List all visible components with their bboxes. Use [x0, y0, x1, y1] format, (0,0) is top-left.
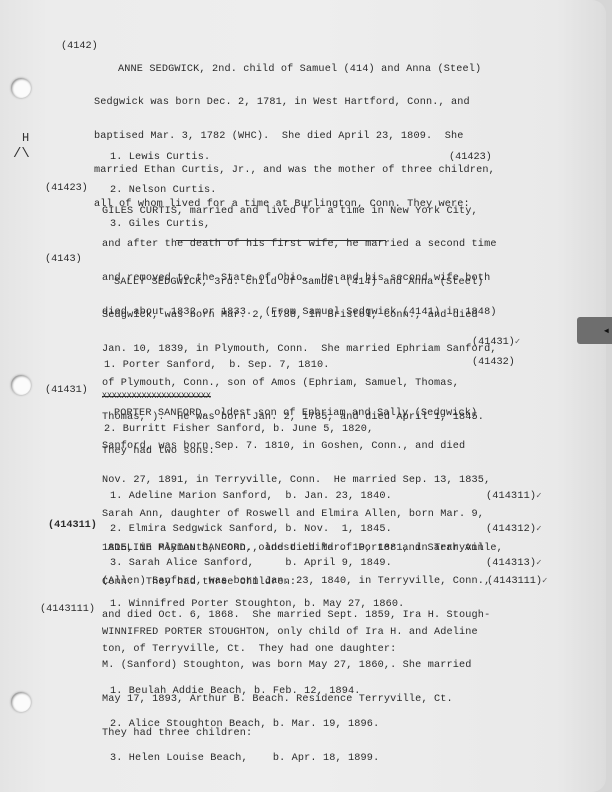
text-line: Sedgwick was born Dec. 2, 1781, in West … — [94, 97, 495, 108]
document-page: H /\ (4142) ANNE SEDGWICK, 2nd. child of… — [0, 0, 606, 792]
margin-letter-mark: H — [22, 131, 29, 145]
punch-hole — [11, 692, 31, 712]
arrow-icon: ◂ — [603, 323, 610, 338]
text-line: WINNIFRED PORTER STOUGHTON, only child o… — [102, 627, 478, 638]
entry-id: (41423) — [45, 183, 88, 194]
list-item: 1. Adeline Marion Sanford, b. Jan. 23, 1… — [110, 491, 392, 502]
punch-hole — [11, 78, 31, 98]
text-line: ANNE SEDGWICK, 2nd. child of Samuel (414… — [118, 64, 495, 75]
list-item: 1. Beulah Addie Beach, b. Feb. 12, 1894. — [110, 686, 379, 697]
list-item: 3. Helen Louise Beach, b. Apr. 18, 1899. — [110, 753, 379, 764]
entry-id: (4142) — [61, 41, 98, 52]
section-divider — [176, 240, 386, 241]
cross-reference: (41423) — [449, 152, 492, 163]
cross-reference: (41431)✓ — [472, 337, 520, 348]
list-item: 1. Lewis Curtis. — [110, 152, 216, 163]
text-line: Sedgwick, was born Mar. 2, 1788, in Bris… — [102, 310, 497, 321]
text-line: ADELINE MARIAN SANFORD, oldest child of … — [108, 543, 490, 554]
entry-id: (4143) — [45, 254, 82, 265]
text-line: and after the death of his first wife, h… — [102, 239, 497, 250]
punch-hole — [11, 375, 31, 395]
text-line: SALLY SEDGWICK, 3rd. child of Samuel (41… — [114, 277, 497, 288]
children-list: 1. Beulah Addie Beach, b. Feb. 12, 1894.… — [110, 663, 379, 787]
margin-caret-mark: /\ — [13, 146, 30, 162]
entry-id: (414311) — [48, 520, 97, 531]
cross-reference: (41432) — [472, 357, 515, 368]
binder-tab: ◂ — [577, 317, 612, 344]
entry-id: (4143111) — [40, 604, 95, 615]
cross-reference-list: (414311)✓ (414312)✓ (414313)✓ — [486, 468, 542, 592]
text-line: GILES CURTIS, married and lived for a ti… — [102, 206, 497, 217]
cross-reference: (4143111)✓ — [487, 576, 547, 587]
text-line: PORTER SANFORD, oldest son of Ephriam an… — [114, 408, 503, 419]
list-item: 1. Porter Sanford, b. Sep. 7, 1810. — [104, 360, 373, 371]
text-line: Sanford, was born Sep. 7. 1810, in Goshe… — [102, 441, 503, 452]
entry-id: (41431) — [45, 385, 88, 396]
list-item: 2. Alice Stoughton Beach, b. Mar. 19, 18… — [110, 719, 379, 730]
